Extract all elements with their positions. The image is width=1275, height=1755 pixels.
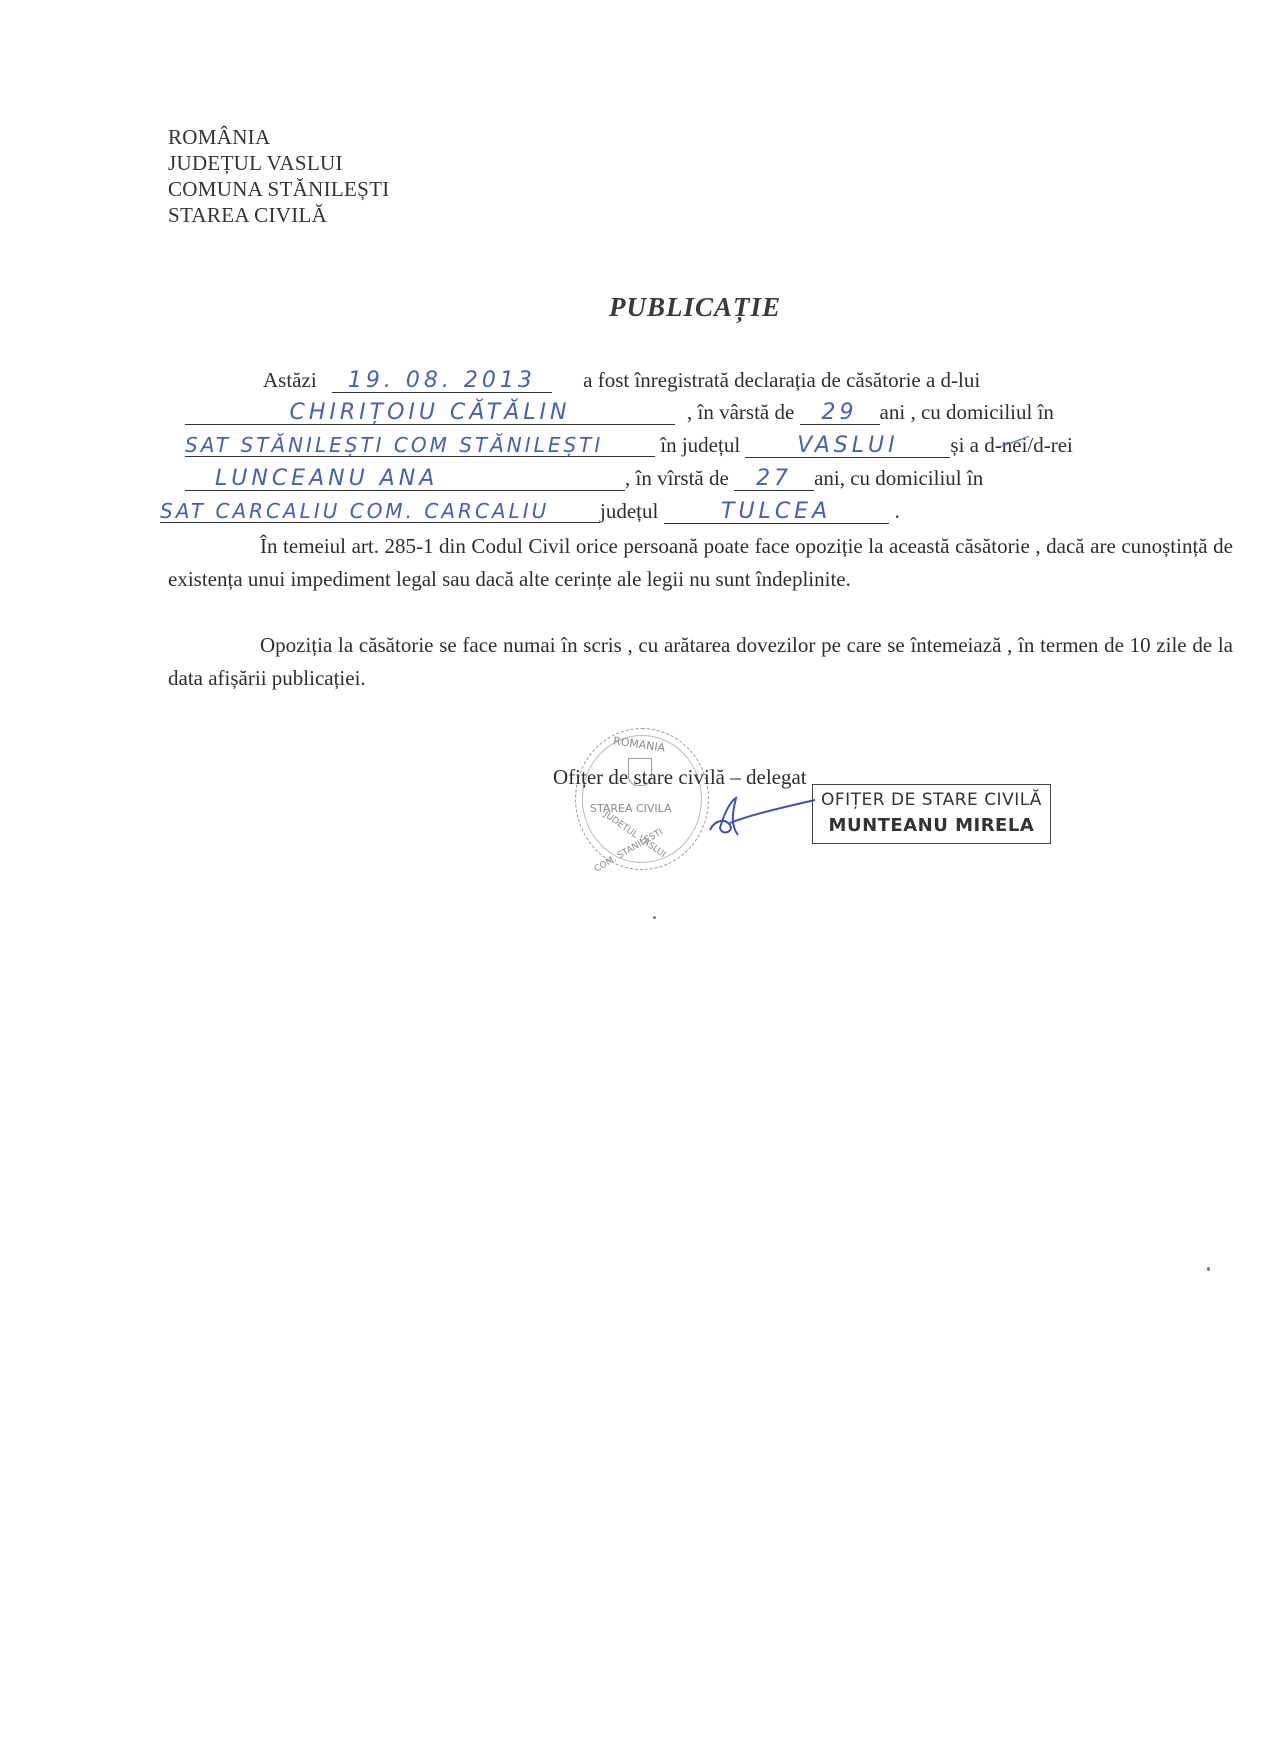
handwritten-bride-age: 27 (756, 466, 792, 491)
bride-age-field: 27 (734, 467, 814, 491)
handwritten-bride-county: TULCEA (721, 499, 831, 524)
opposition-text: Opoziția la căsătorie se face numai în s… (168, 633, 1233, 690)
issuer-header: ROMÂNIA JUDEȚUL VASLUI COMUNA STĂNILEȘTI… (168, 124, 390, 228)
stamp-text-middle: STAREA CIVILA (590, 802, 672, 815)
form-line-4: LUNCEANU ANA, în vîrstă de 27ani, cu dom… (185, 466, 983, 491)
label-age: , în vîrstă de (625, 466, 729, 490)
officer-name-stamp: OFIȚER DE STARE CIVILĂ MUNTEANU MIRELA (812, 784, 1051, 844)
groom-name-field: CHIRIȚOIU CĂTĂLIN (185, 401, 675, 425)
form-line-2: CHIRIȚOIU CĂTĂLIN, în vârstă de 29ani , … (185, 400, 1054, 425)
handwritten-groom-age: 29 (822, 400, 858, 425)
handwritten-bride-name: LUNCEANU ANA (215, 466, 438, 491)
label-county: în județul (660, 433, 740, 457)
officer-name: MUNTEANU MIRELA (821, 813, 1042, 839)
struck-text: nei (1002, 433, 1028, 457)
label-residence: ani , cu domiciliul în (880, 400, 1054, 424)
document-title: PUBLICAȚIE (0, 292, 1275, 323)
groom-address-field: SAT STĂNILEȘTI COM STĂNILEȘTI (185, 434, 655, 457)
handwritten-groom-address: SAT STĂNILEȘTI COM STĂNILEȘTI (185, 433, 603, 457)
form-line-3: SAT STĂNILEȘTI COM STĂNILEȘTI în județul… (185, 433, 1073, 458)
label-residence: ani, cu domiciliul în (814, 466, 983, 490)
header-country: ROMÂNIA (168, 124, 390, 150)
bride-county-field: TULCEA (664, 500, 889, 524)
officer-label: Ofițer de stare civilă – delegat (553, 765, 807, 790)
opposition-paragraph: Opoziția la căsătorie se face numai în s… (168, 629, 1233, 695)
header-department: STAREA CIVILĂ (168, 202, 390, 228)
scan-speck (653, 916, 656, 919)
handwritten-groom-county: VASLUI (797, 433, 898, 458)
header-county: JUDEȚUL VASLUI (168, 150, 390, 176)
form-line-5: SAT CARCALIU COM. CARCALIUjudețul TULCEA… (160, 499, 900, 524)
legal-paragraph: În temeiul art. 285-1 din Codul Civil or… (168, 530, 1233, 596)
bride-name-field: LUNCEANU ANA (185, 467, 625, 491)
date-field: 19. 08. 2013 (332, 369, 552, 393)
line-end-period: . (895, 499, 900, 523)
header-commune: COMUNA STĂNILEȘTI (168, 176, 390, 202)
handwritten-bride-address: SAT CARCALIU COM. CARCALIU (160, 499, 549, 523)
label-today: Astăzi (263, 368, 317, 392)
officer-title: OFIȚER DE STARE CIVILĂ (821, 787, 1042, 813)
label-declaration: a fost înregistrată declarația de căsăto… (583, 368, 980, 392)
scan-speck (1207, 1267, 1210, 1271)
label-age: , în vârstă de (687, 400, 794, 424)
groom-county-field: VASLUI (745, 434, 950, 458)
label-county: județul (600, 499, 658, 523)
label-miss: /d-rei (1027, 433, 1072, 457)
legal-basis-text: În temeiul art. 285-1 din Codul Civil or… (168, 534, 1233, 591)
handwritten-date: 19. 08. 2013 (348, 368, 536, 393)
handwritten-groom-name: CHIRIȚOIU CĂTĂLIN (289, 400, 570, 425)
form-line-1: Astăzi 19. 08. 2013 a fost înregistrată … (263, 368, 980, 393)
handwritten-signature-icon (700, 790, 820, 850)
bride-address-field: SAT CARCALIU COM. CARCALIU (160, 500, 600, 523)
label-and: și a d- (950, 433, 1001, 457)
groom-age-field: 29 (800, 401, 880, 425)
